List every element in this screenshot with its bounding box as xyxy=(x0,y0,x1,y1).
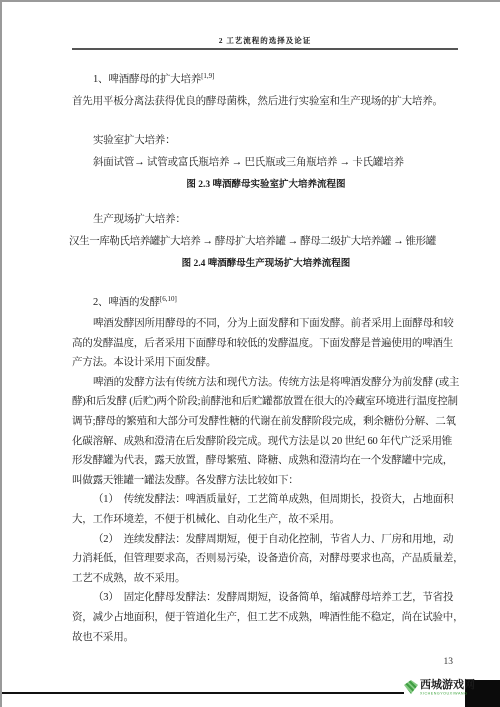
paragraph-1: 啤酒发酵因所用酵母的不同，分为上面发酵和下面发酵。前者采用上面酵母和较 高的发酵… xyxy=(72,314,460,373)
text-line: 叫做露天锥罐一罐法发酵。各发酵方法比较如下： xyxy=(72,471,460,491)
text-line: 酵)和后发酵 (后贮)两个阶段;前酵池和后贮罐都放置在很大的冷藏室环境进行温度控… xyxy=(72,392,460,412)
lab-culture-label: 实验室扩大培养： xyxy=(72,130,460,152)
text-line: 产方法。本设计采用下面发酵。 xyxy=(72,353,460,373)
text-line: 调节;酵母的繁殖和大部分可发酵性糖的代谢在前发酵阶段完成，剩余糖份分解、二氧 xyxy=(72,412,460,432)
lab-culture-flow: 斜面试管→ 试管或富氏瓶培养 → 巴氏瓶或三角瓶培养 → 卡氏罐培养 xyxy=(72,152,460,174)
text-line: （3） 固定化酵母发酵法：发酵周期短，设备简单，缩减酵母培养工艺，节省投 xyxy=(72,588,460,608)
document-page: 2 工艺流程的选择及论证 1、啤酒酵母的扩大培养[1,9] 首先用平板分离法获得… xyxy=(0,0,500,707)
citation-ref: [6,10] xyxy=(160,295,177,303)
citation-ref: [1,9] xyxy=(201,72,214,80)
figure-caption-2-4: 图 2.4 啤酒酵母生产现场扩大培养流程图 xyxy=(72,253,460,275)
paragraph-2: 啤酒的发酵方法有传统方法和现代方法。传统方法是将啤酒发酵分为前发酵 (或主 酵)… xyxy=(72,373,460,491)
method-item-3: （3） 固定化酵母发酵法：发酵周期短，设备简单，缩减酵母培养工艺，节省投 资，减… xyxy=(72,588,460,647)
chapter-title: 2 工艺流程的选择及论证 xyxy=(219,36,312,45)
watermark-text-group: 西城游戏网 XICHENGYOUXIWANG xyxy=(420,678,500,699)
watermark-subtitle: XICHENGYOUXIWANG xyxy=(420,692,467,696)
text-line: 故也不采用。 xyxy=(72,628,460,648)
site-watermark-logo[interactable]: 西城游戏网 XICHENGYOUXIWANG xyxy=(404,678,465,706)
text-line: 资，减少占地面积，便于管道化生产，但工艺不成熟，啤酒性能不稳定，尚在试验中， xyxy=(72,608,460,628)
page-content: 1、啤酒酵母的扩大培养[1,9] 首先用平板分离法获得优良的酵母菌株，然后进行实… xyxy=(72,50,460,647)
watermark-title: 西城游戏网 xyxy=(420,679,500,692)
section-2-heading-text: 2、啤酒的发酵 xyxy=(93,297,160,308)
text-line: 工艺不成熟，故不采用。 xyxy=(72,569,460,589)
page-number: 13 xyxy=(444,657,454,667)
text-line: （1） 传统发酵法：啤酒质量好，工艺简单成熟，但周期长，投资大，占地面积 xyxy=(72,490,460,510)
text-line: 啤酒发酵因所用酵母的不同，分为上面发酵和下面发酵。前者采用上面酵母和较 xyxy=(72,314,460,334)
site-culture-label: 生产现场扩大培养： xyxy=(72,209,460,231)
text-line: （2） 连续发酵法：发酵周期短，便于自动化控制，节省人力、厂房和用地，动 xyxy=(72,530,460,550)
section-1-intro: 首先用平板分离法获得优良的酵母菌株，然后进行实验室和生产现场的扩大培养。 xyxy=(72,91,460,113)
section-1-heading: 1、啤酒酵母的扩大培养[1,9] xyxy=(72,65,460,91)
text-line: 力消耗低，但管理要求高，否则易污染，设备造价高，对酵母要求也高，产品质量差， xyxy=(72,549,460,569)
running-head: 2 工艺流程的选择及论证 xyxy=(72,2,458,47)
site-culture-flow: 汉生一库勒氏培养罐扩大培养 → 酵母扩大培养罐 → 酵母二级扩大培养罐 → 锥形… xyxy=(69,231,460,253)
text-line: 啤酒的发酵方法有传统方法和现代方法。传统方法是将啤酒发酵分为前发酵 (或主 xyxy=(72,373,460,393)
text-line: 形发酵罐为代表，露天放置，酵母繁殖、降糖、成熟和澄清均在一个发酵罐中完成， xyxy=(72,451,460,471)
method-item-1: （1） 传统发酵法：啤酒质量好，工艺简单成熟，但周期长，投资大，占地面积 大，工… xyxy=(72,490,460,529)
section-1-heading-text: 1、啤酒酵母的扩大培养 xyxy=(93,74,201,85)
figure-caption-2-3: 图 2.3 啤酒酵母实验室扩大培养流程图 xyxy=(72,174,460,196)
text-line: 大，工作环境差，不便于机械化、自动化生产，故不采用。 xyxy=(72,510,460,530)
text-line: 高的发酵温度，后者采用下面酵母和较低的发酵温度。下面发酵是普遍使用的啤酒生 xyxy=(72,334,460,354)
text-line: 化碳溶解、成熟和澄清在后发酵阶段完成。现代方法是以 20 世纪 60 年代广泛采… xyxy=(72,432,460,452)
section-2-heading: 2、啤酒的发酵[6,10] xyxy=(72,288,460,314)
gem-icon xyxy=(404,680,418,694)
method-item-2: （2） 连续发酵法：发酵周期短，便于自动化控制，节省人力、厂房和用地，动 力消耗… xyxy=(72,530,460,589)
